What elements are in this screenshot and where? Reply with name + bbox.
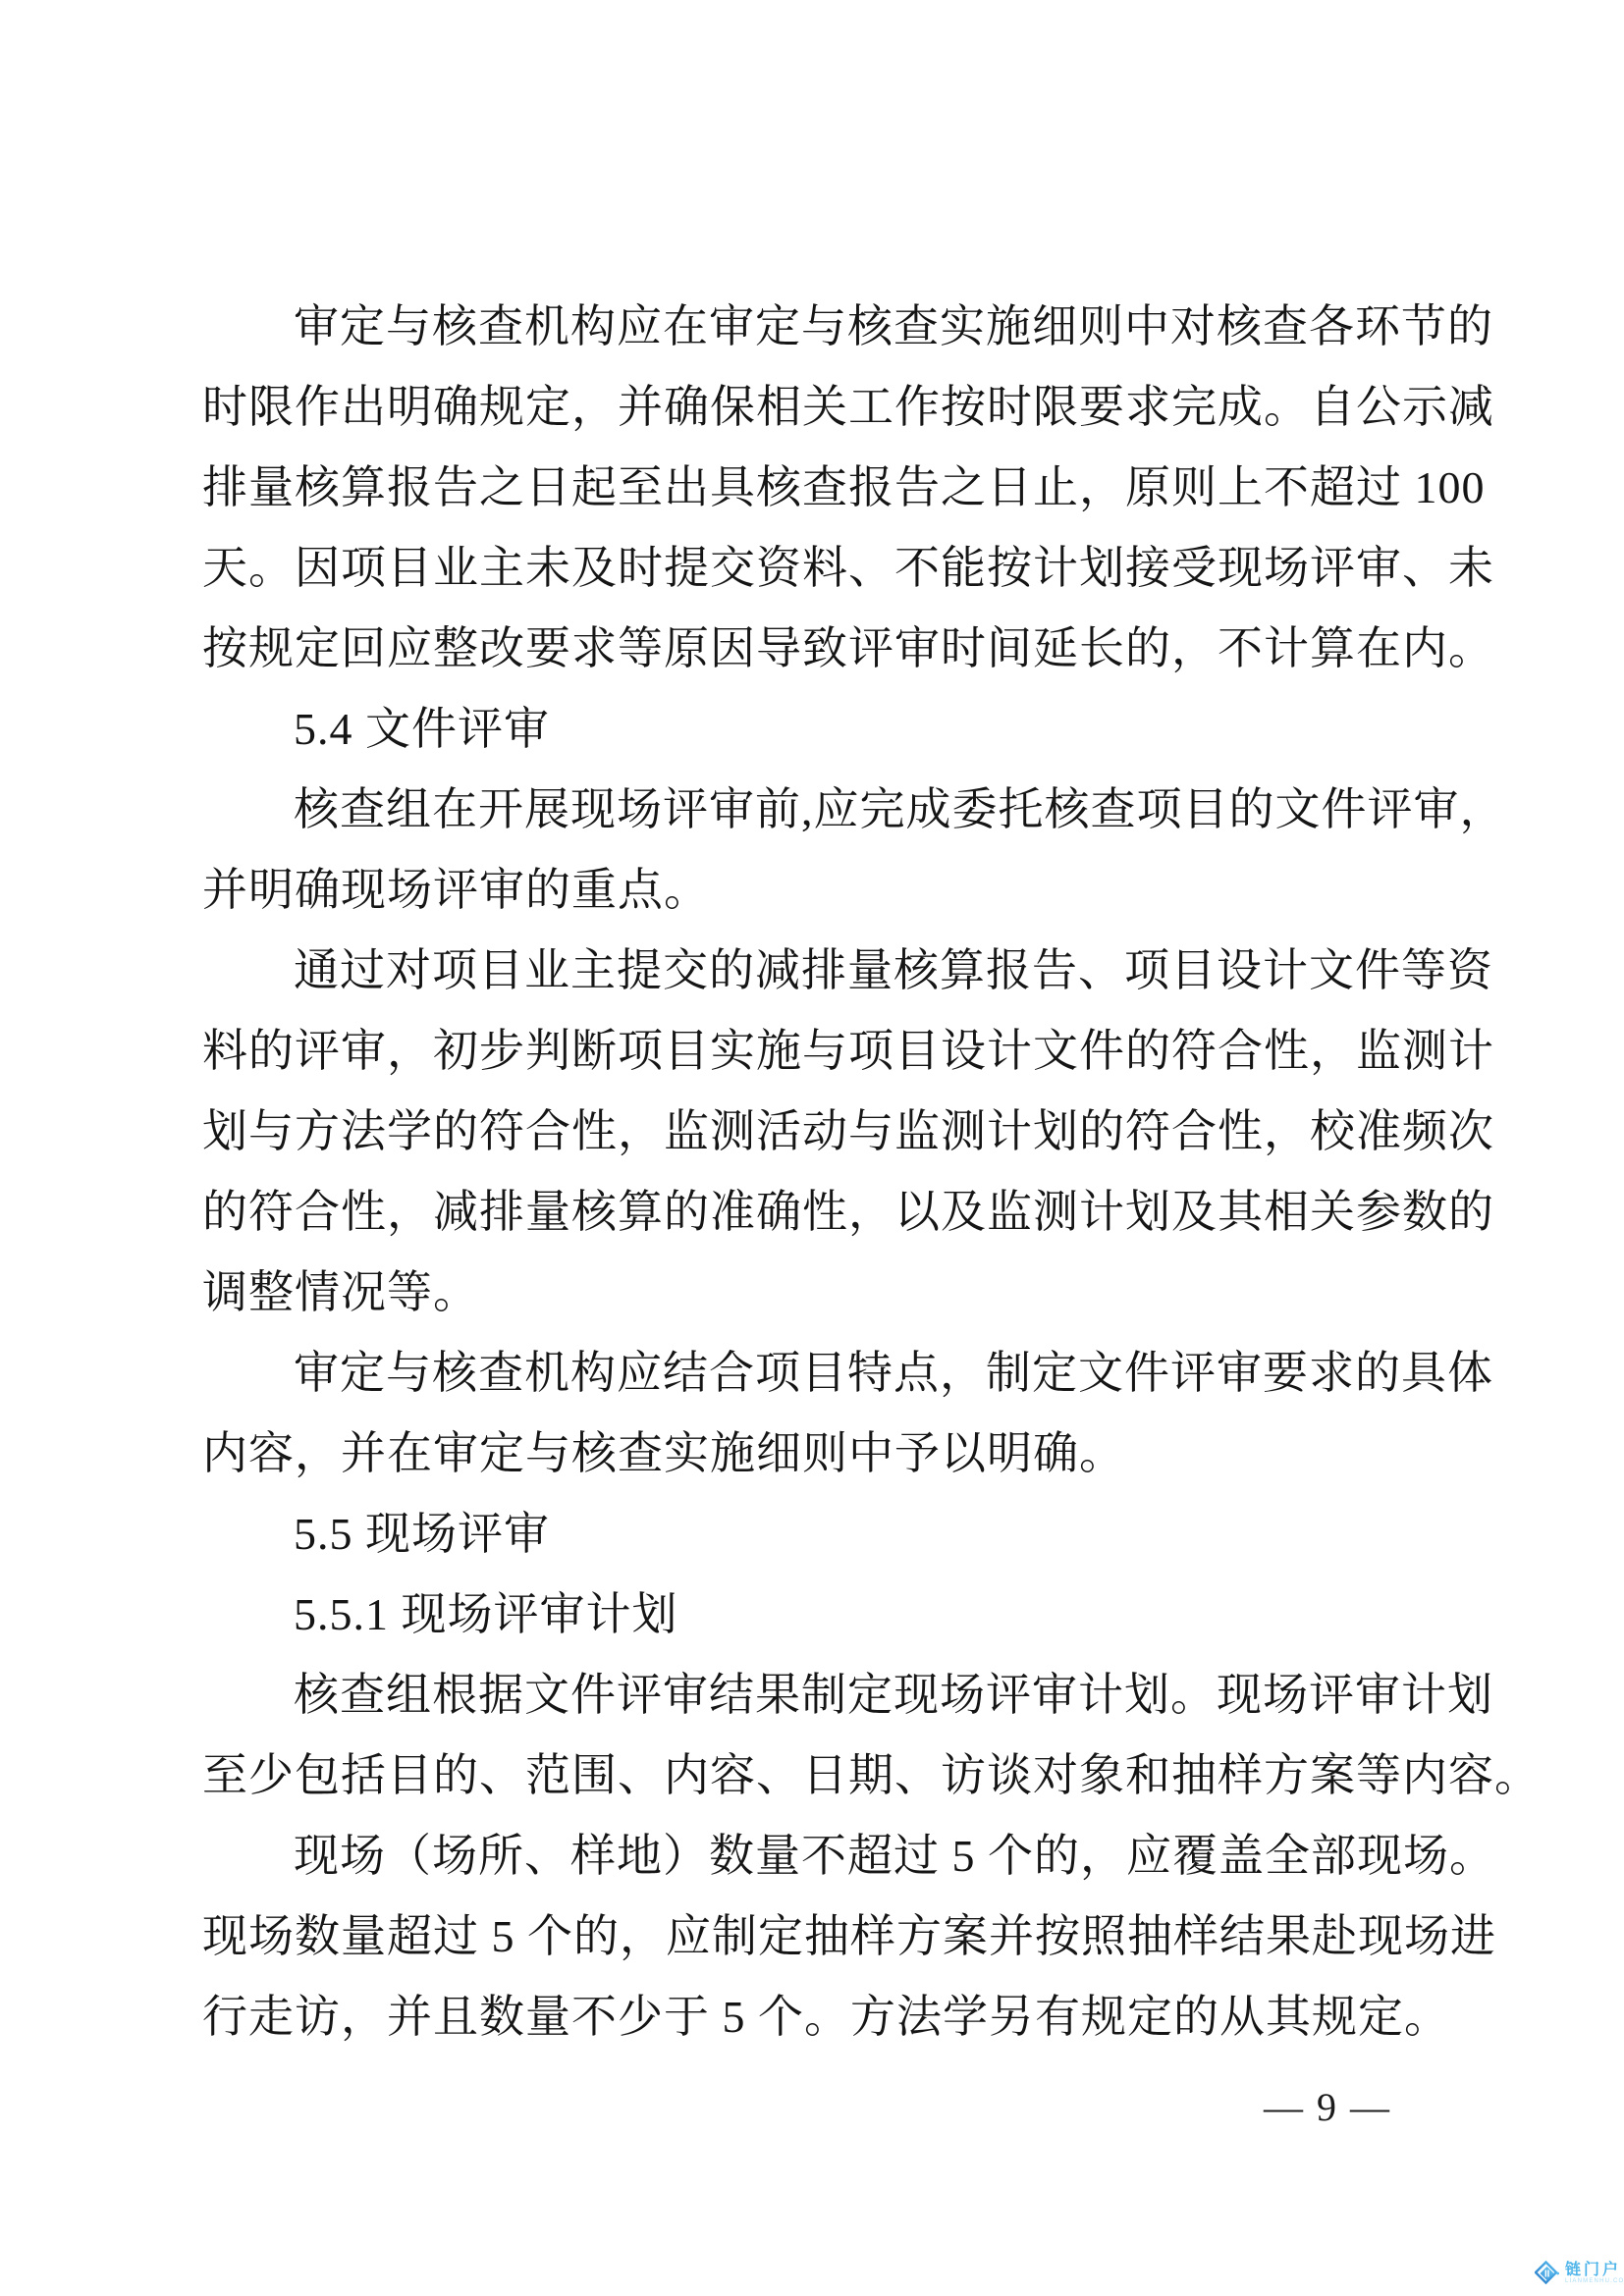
page-number: — 9 — (1264, 2078, 1391, 2137)
text-line: 时限作出明确规定，并确保相关工作按时限要求完成。自公示减 (202, 367, 1479, 448)
text-line: 核查组根据文件评审结果制定现场评审计划。现场评审计划 (202, 1655, 1479, 1735)
watermark-domain: LIANMENHU.COM (1565, 2278, 1624, 2285)
watermark-text: 链门户 LIANMENHU.COM (1565, 2262, 1624, 2285)
text-line: 至少包括目的、范围、内容、日期、访谈对象和抽样方案等内容。 (202, 1735, 1479, 1816)
text-line: 调整情况等。 (202, 1253, 1479, 1333)
text-line: 料的评审，初步判断项目实施与项目设计文件的符合性，监测计 (202, 1011, 1479, 1092)
text-line: 行走访，并且数量不少于 5 个。方法学另有规定的从其规定。 (202, 1977, 1479, 2057)
text-line: 划与方法学的符合性，监测活动与监测计划的符合性，校准频次 (202, 1092, 1479, 1172)
text-line: 按规定回应整改要求等原因导致评审时间延长的，不计算在内。 (202, 609, 1479, 689)
text-line: 审定与核查机构应结合项目特点，制定文件评审要求的具体 (202, 1333, 1479, 1414)
watermark: 链门户 LIANMENHU.COM (1535, 2261, 1624, 2286)
watermark-brand-name: 链门户 (1565, 2262, 1624, 2278)
text-line: 5.5 现场评审 (202, 1494, 1479, 1575)
text-line: 核查组在开展现场评审前,应完成委托核查项目的文件评审， (202, 770, 1479, 850)
text-line: 现场数量超过 5 个的，应制定抽样方案并按照抽样结果赴现场进 (202, 1896, 1479, 1977)
text-line: 排量核算报告之日起至出具核查报告之日止，原则上不超过 100 (202, 448, 1479, 528)
text-line: 天。因项目业主未及时提交资料、不能按计划接受现场评审、未 (202, 528, 1479, 609)
text-line: 通过对项目业主提交的减排量核算报告、项目设计文件等资 (202, 931, 1479, 1011)
text-line: 5.4 文件评审 (202, 689, 1479, 770)
document-body: 审定与核查机构应在审定与核查实施细则中对核查各环节的时限作出明确规定，并确保相关… (202, 287, 1479, 2057)
text-line: 的符合性，减排量核算的准确性，以及监测计划及其相关参数的 (202, 1172, 1479, 1253)
text-line: 审定与核查机构应在审定与核查实施细则中对核查各环节的 (202, 287, 1479, 367)
document-page: 审定与核查机构应在审定与核查实施细则中对核查各环节的时限作出明确规定，并确保相关… (0, 0, 1624, 2296)
text-line: 5.5.1 现场评审计划 (202, 1575, 1479, 1655)
text-line: 现场（场所、样地）数量不超过 5 个的，应覆盖全部现场。 (202, 1816, 1479, 1896)
text-line: 并明确现场评审的重点。 (202, 850, 1479, 931)
diamond-logo-icon (1535, 2261, 1560, 2286)
text-line: 内容，并在审定与核查实施细则中予以明确。 (202, 1414, 1479, 1494)
